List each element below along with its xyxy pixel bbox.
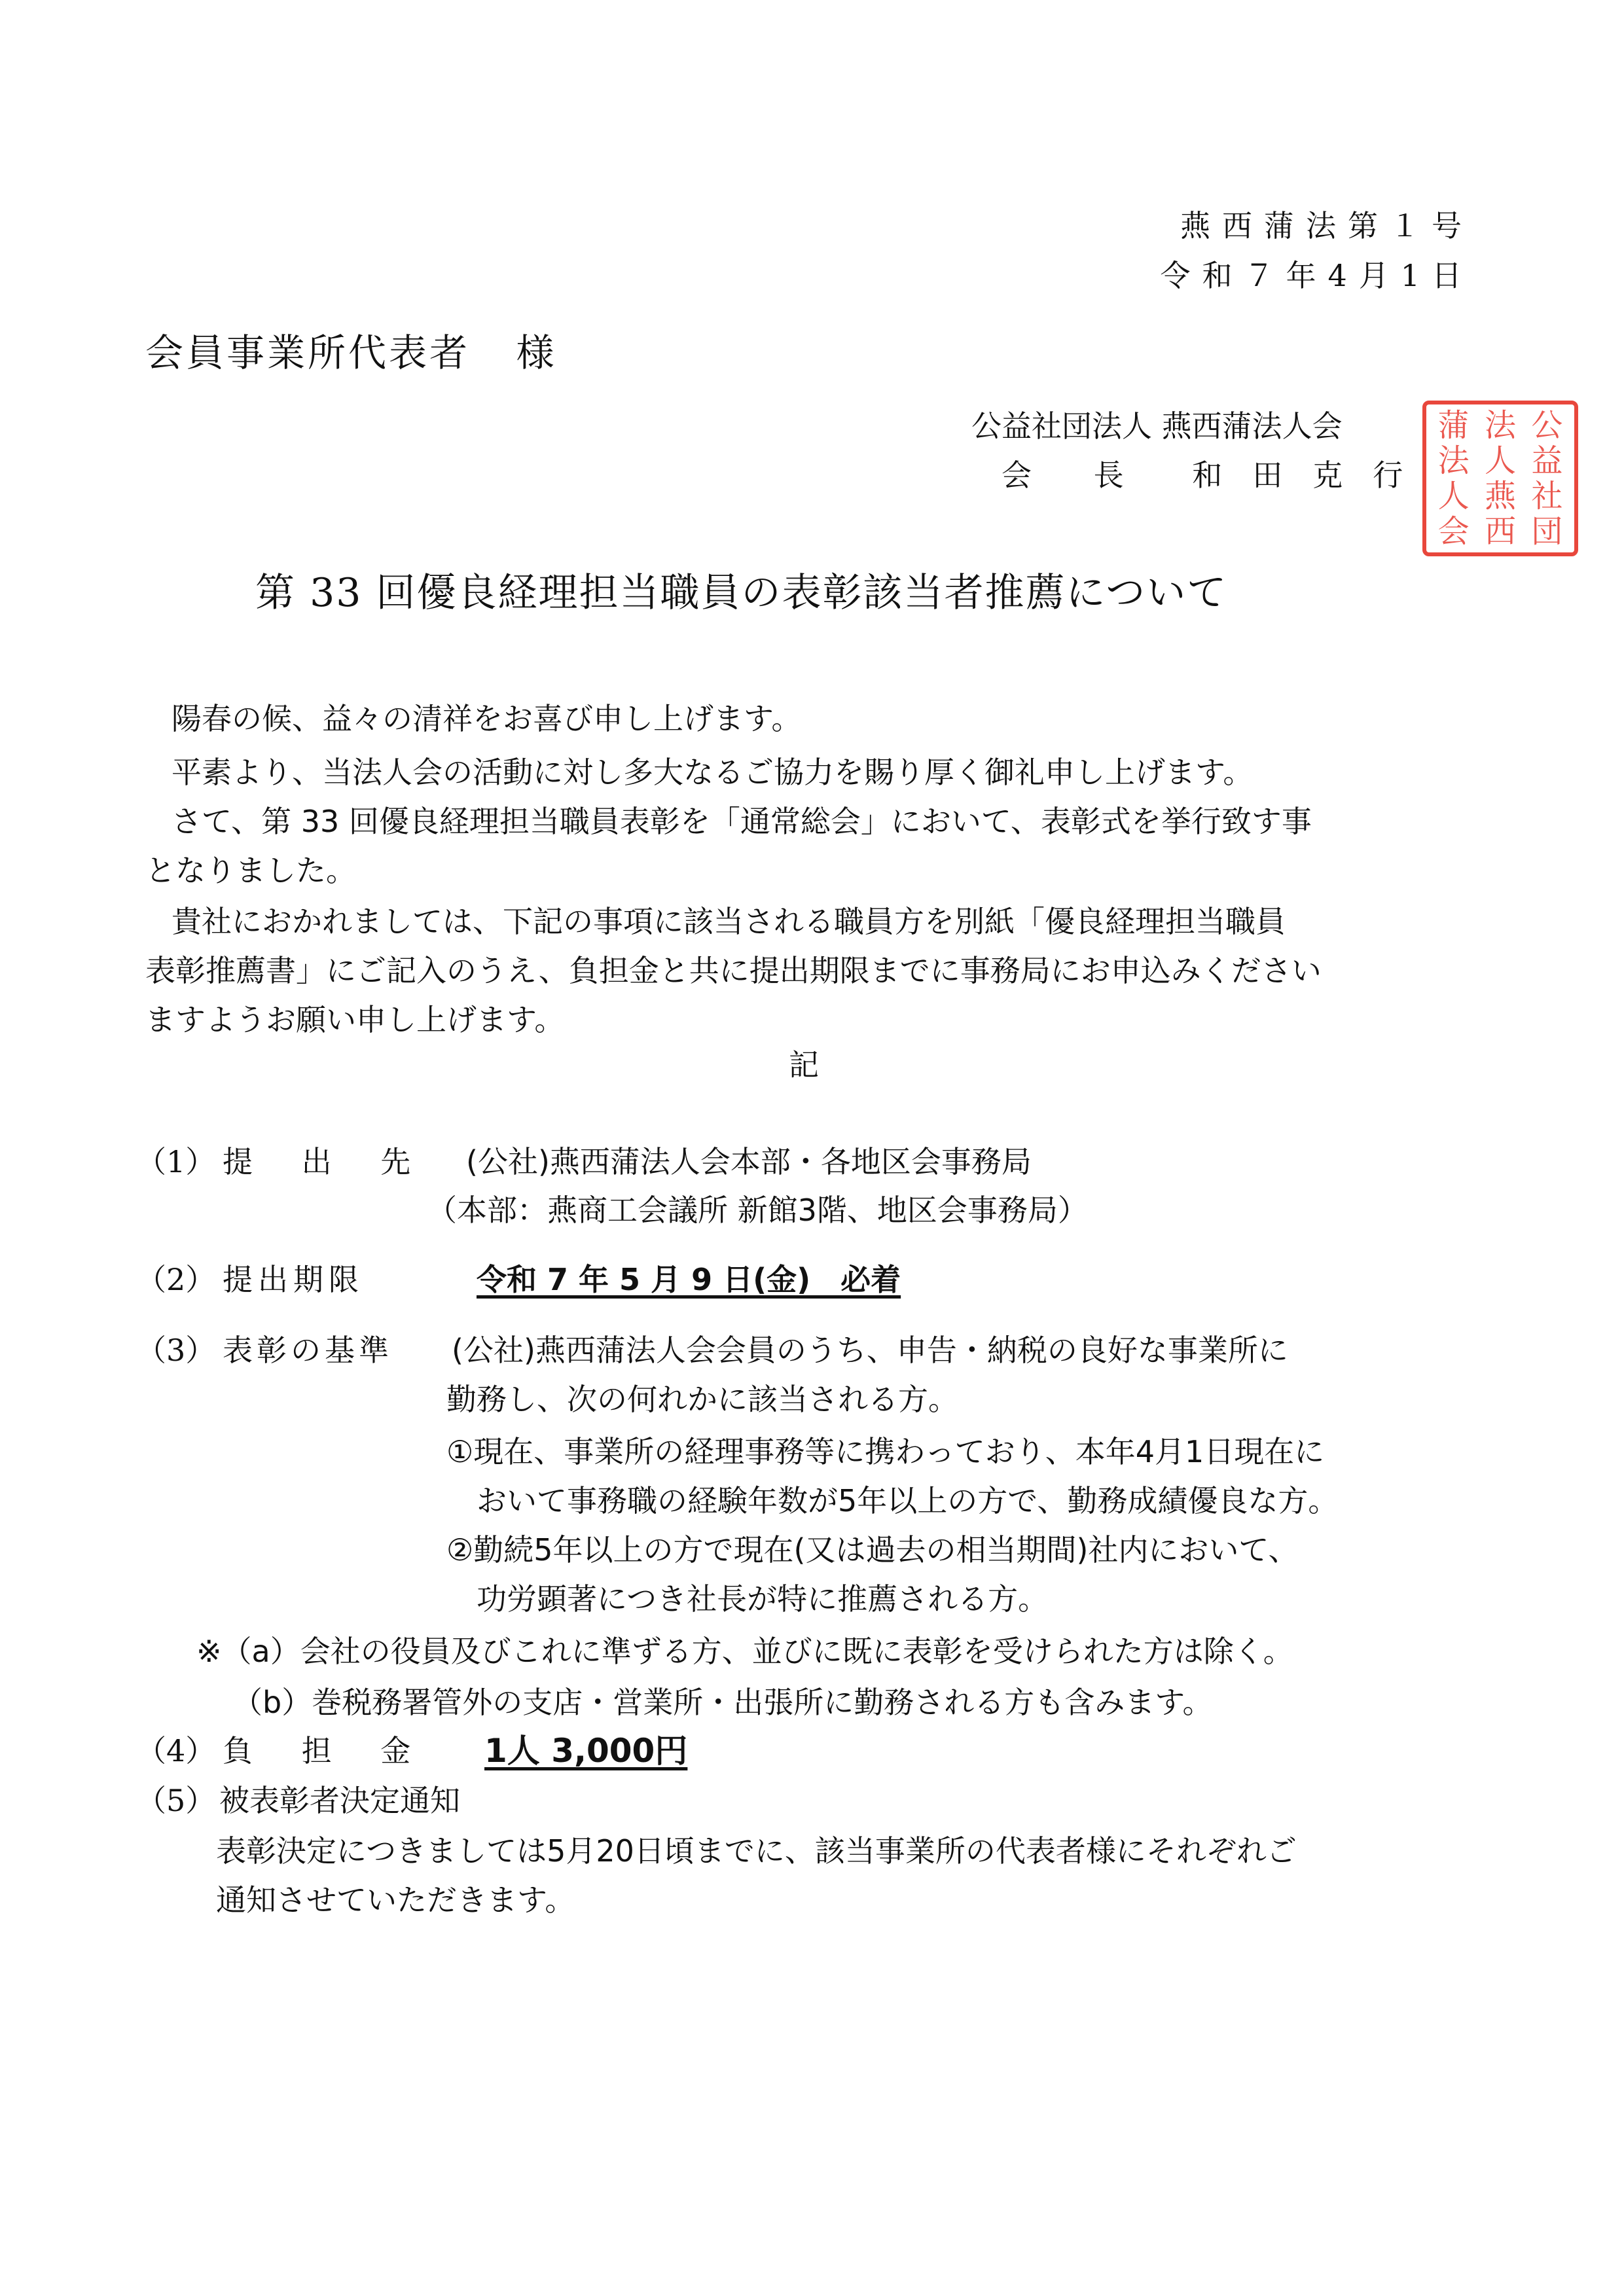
notification-line: 表彰決定につきましては5月20日頃までに、該当事業所の代表者様にそれぞれご bbox=[216, 1836, 1297, 1866]
organization-seal: 公 益 社 団 法 人 燕 西 蒲 法 人 会 bbox=[1422, 401, 1578, 556]
recipient-name: 会員事業所代表者 bbox=[145, 331, 470, 375]
body-line: 平素より、当法人会の活動に対し多大なるご協力を賜り厚く御礼申し上げます。 bbox=[171, 757, 1253, 787]
body-line: となりました。 bbox=[145, 855, 356, 886]
criteria-2: ②勤続5年以上の方で現在(又は過去の相当期間)社内において、 bbox=[446, 1535, 1298, 1565]
item-4-label: 負 担 金 bbox=[223, 1736, 430, 1766]
seal-column: 法 人 燕 西 bbox=[1485, 410, 1516, 547]
president-title: 会 長 bbox=[1001, 457, 1150, 493]
item-5-label: 被表彰者決定通知 bbox=[219, 1785, 460, 1816]
item-1-label: 提 出 先 bbox=[223, 1147, 430, 1177]
criteria-line: (公社)燕西蒲法人会会員のうち、申告・納税の良好な事業所に bbox=[452, 1335, 1288, 1365]
notification-line: 通知させていただきます。 bbox=[216, 1885, 575, 1915]
body-line: 陽春の候、益々の清祥をお喜び申し上げます。 bbox=[171, 704, 801, 734]
president-name: 和田克行 bbox=[1192, 457, 1433, 493]
seal-char: 人 bbox=[1485, 445, 1516, 476]
recipient-honorific: 様 bbox=[516, 331, 554, 375]
seal-column: 公 益 社 団 bbox=[1531, 410, 1562, 547]
item-2-number: （2） bbox=[136, 1265, 215, 1295]
item-1-value: (公社)燕西蒲法人会本部・各地区会事務局 bbox=[466, 1147, 1032, 1177]
seal-char: 西 bbox=[1485, 516, 1516, 547]
document-number: 燕西蒲法第１号 bbox=[1180, 211, 1473, 241]
seal-char: 法 bbox=[1438, 445, 1470, 476]
item-4-number: （4） bbox=[136, 1736, 215, 1766]
item-1-note: （本部：燕商工会議所 新館3階、地区会事務局） bbox=[427, 1195, 1088, 1225]
body-line: さて、第 33 回優良経理担当職員表彰を「通常総会」において、表彰式を挙行致す事 bbox=[171, 806, 1312, 836]
deadline-value: 令和 7 年 5 月 9 日(金) 必着 bbox=[477, 1265, 901, 1295]
seal-char: 蒲 bbox=[1438, 410, 1470, 441]
seal-char: 公 bbox=[1531, 410, 1562, 441]
sender-organization: 公益社団法人 燕西蒲法人会 bbox=[971, 411, 1343, 441]
seal-char: 益 bbox=[1531, 445, 1562, 476]
document-date: 令和７年4月1日 bbox=[1160, 260, 1473, 291]
criteria-line: 勤務し、次の何れかに該当される方。 bbox=[446, 1384, 958, 1414]
criteria-2-cont: 功労顕著につき社長が特に推薦される方。 bbox=[477, 1584, 1048, 1614]
seal-char: 人 bbox=[1438, 480, 1470, 512]
item-5-number: （5） bbox=[136, 1785, 215, 1816]
fee-value: 1人 3,000円 bbox=[484, 1734, 687, 1767]
sender-president: 会 長 和田克行 bbox=[1001, 460, 1433, 490]
document-title: 第 33 回優良経理担当職員の表彰該当者推薦について bbox=[255, 573, 1227, 613]
seal-char: 会 bbox=[1438, 516, 1470, 547]
seal-char: 社 bbox=[1531, 480, 1562, 512]
body-line: 貴社におかれましては、下記の事項に該当される職員方を別紙「優良経理担当職員 bbox=[171, 906, 1286, 937]
criteria-1: ①現在、事業所の経理事務等に携わっており、本年4月1日現在に bbox=[446, 1437, 1324, 1467]
ki-heading: 記 bbox=[789, 1050, 819, 1080]
item-3-number: （3） bbox=[136, 1335, 215, 1365]
body-line: ますようお願い申し上げます。 bbox=[145, 1005, 564, 1035]
seal-column: 蒲 法 人 会 bbox=[1438, 410, 1470, 547]
seal-char: 法 bbox=[1485, 410, 1516, 441]
criteria-note-a: ※（a）会社の役員及びこれに準ずる方、並びに既に表彰を受けられた方は除く。 bbox=[196, 1636, 1293, 1666]
seal-char: 団 bbox=[1531, 516, 1562, 547]
criteria-1-cont: おいて事務職の経験年数が5年以上の方で、勤務成績優良な方。 bbox=[477, 1486, 1338, 1516]
recipient: 会員事業所代表者 様 bbox=[145, 334, 554, 372]
criteria-note-b: （b）巻税務署管外の支店・営業所・出張所に勤務される方も含みます。 bbox=[232, 1687, 1213, 1717]
item-2-label: 提出期限 bbox=[223, 1265, 364, 1295]
body-line: 表彰推薦書」にご記入のうえ、負担金と共に提出期限までに事務局にお申込みください bbox=[145, 956, 1322, 986]
item-3-label: 表彰の基準 bbox=[223, 1335, 393, 1365]
seal-char: 燕 bbox=[1485, 480, 1516, 512]
item-1-number: （1） bbox=[136, 1147, 215, 1177]
